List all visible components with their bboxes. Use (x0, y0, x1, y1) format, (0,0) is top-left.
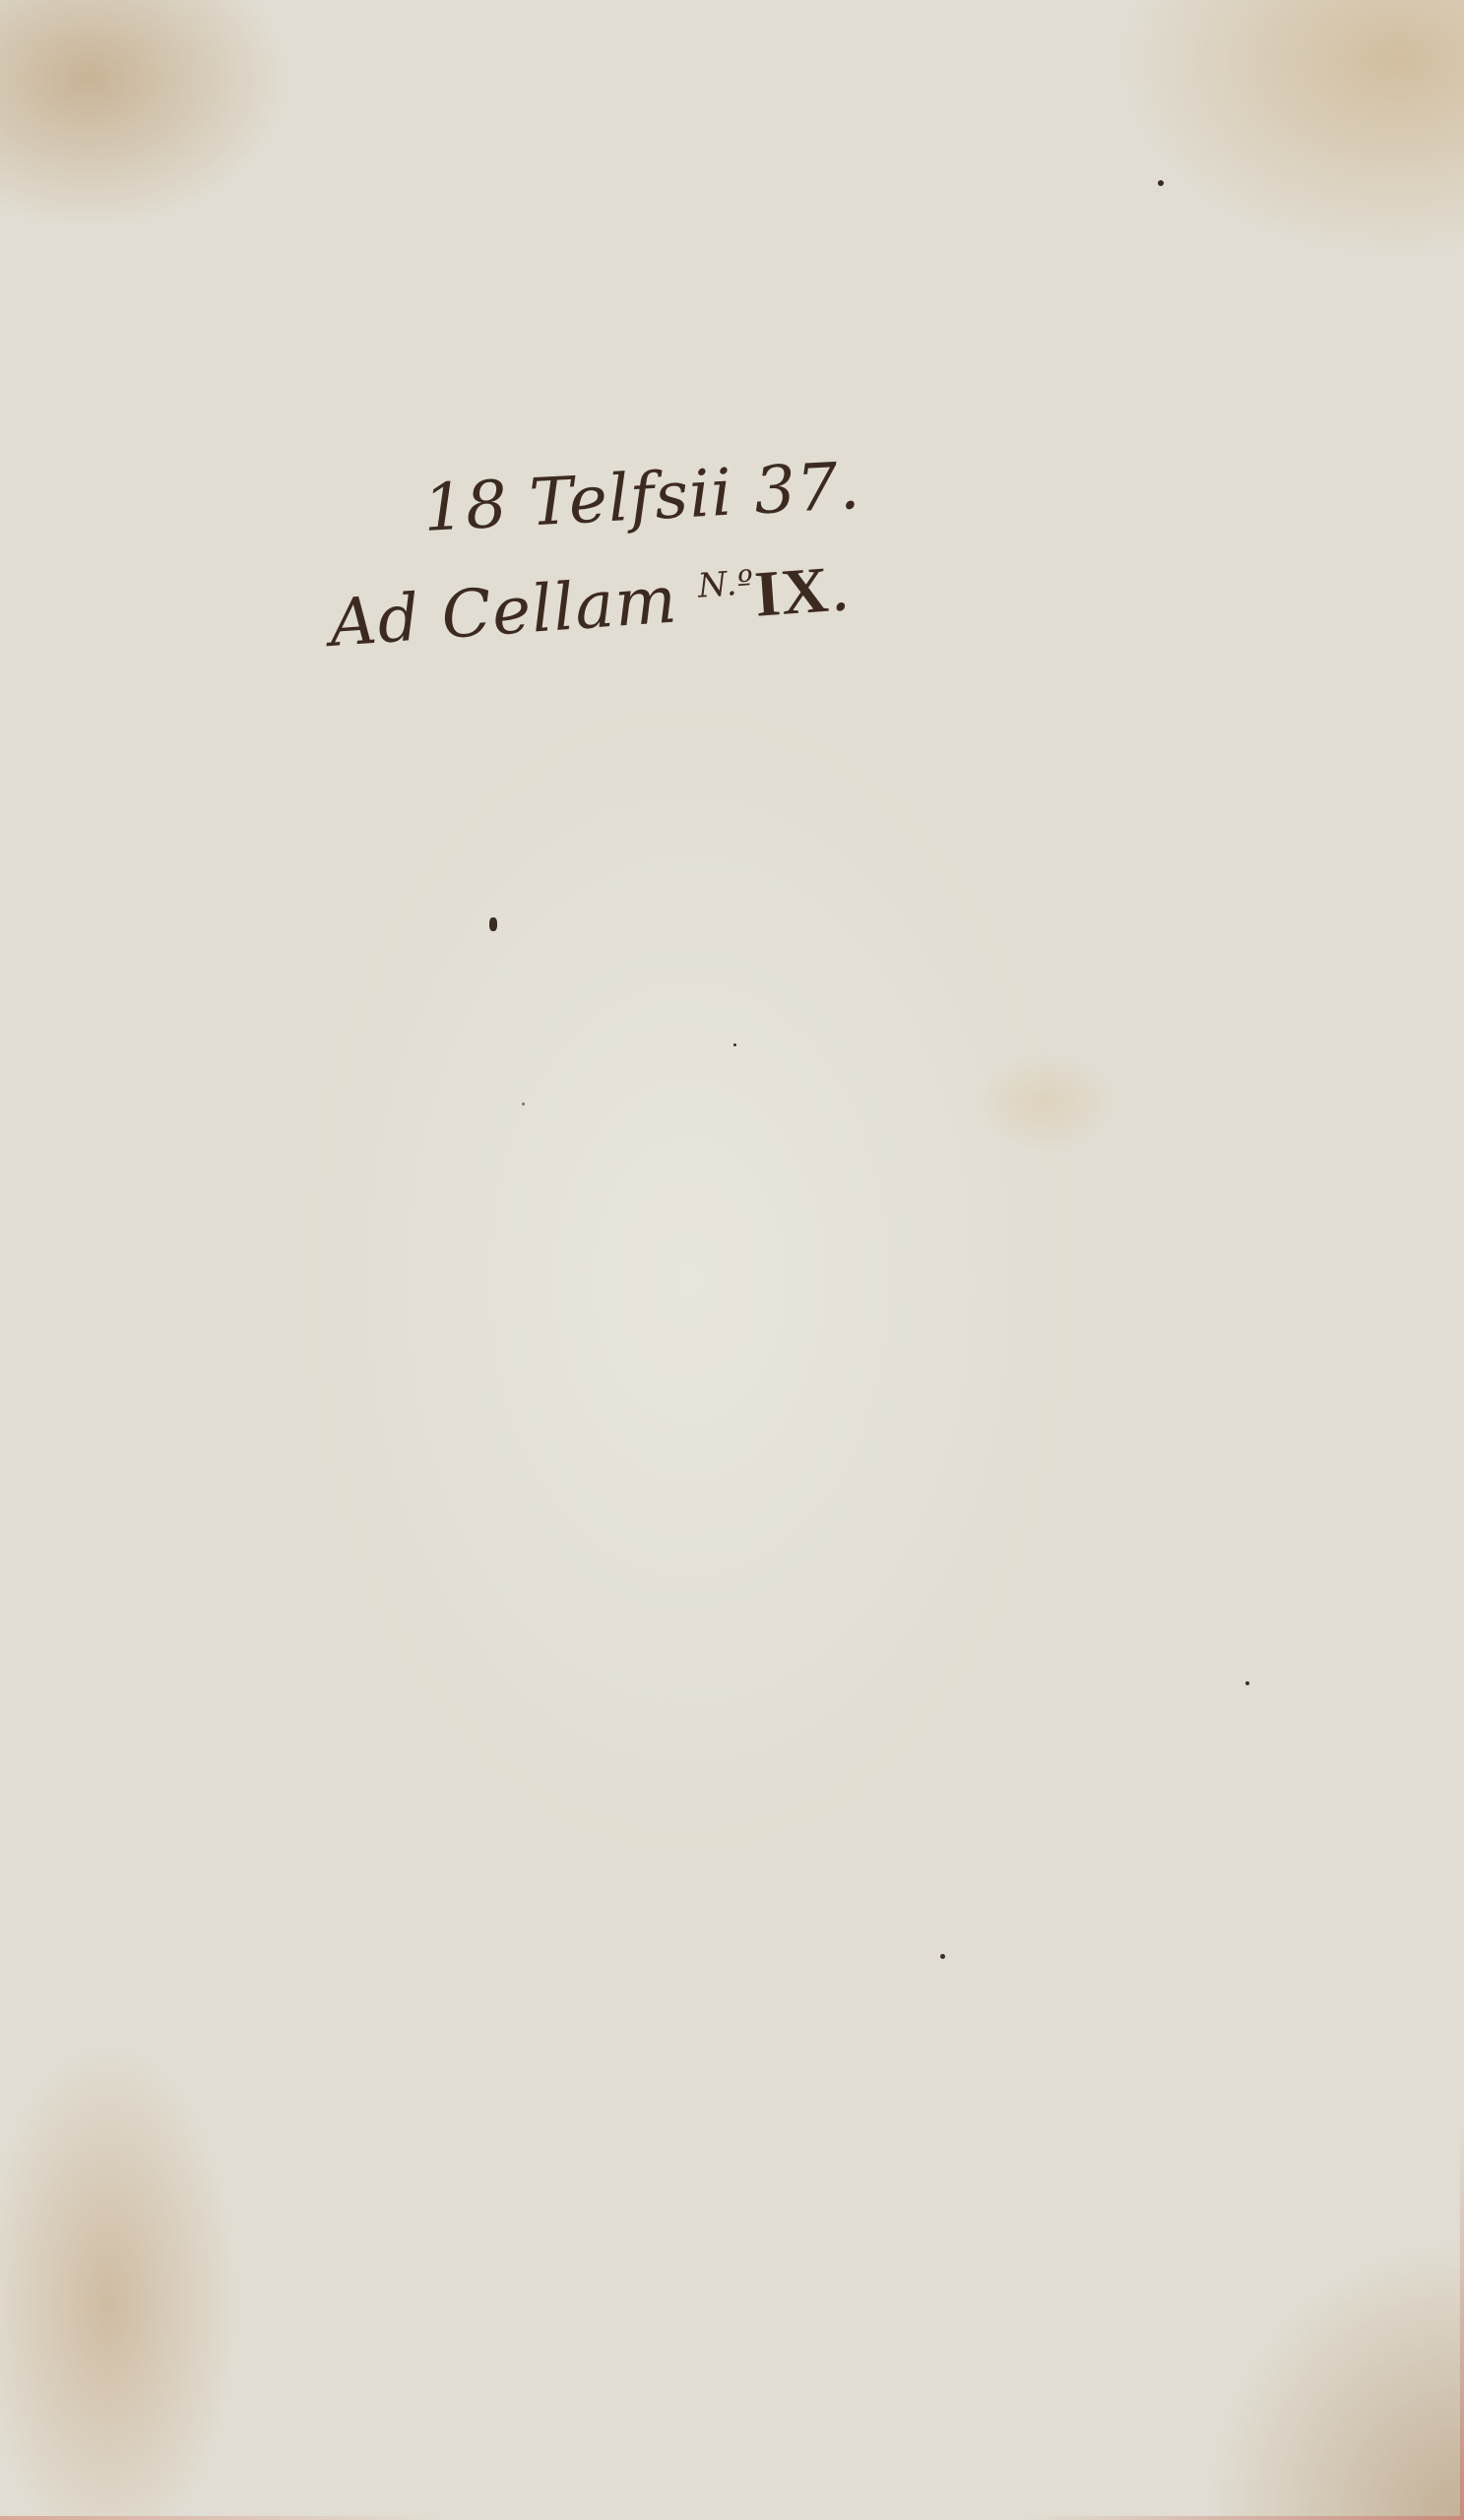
inscription-date-line: 18 Telfsii 37. (421, 448, 862, 546)
manuscript-page: 18 Telfsii 37. Ad Cellam N.ºIX. (0, 0, 1464, 2520)
ink-speck (940, 1954, 945, 1959)
inscription-shelfmark-prefix: Ad Cellam (327, 560, 701, 661)
ink-speck (1158, 180, 1164, 186)
inscription-shelfmark-line: Ad Cellam N.ºIX. (327, 549, 853, 662)
inscription-number-abbrev: N.º (696, 563, 755, 606)
inscription-period: . (826, 549, 853, 626)
ink-speck (489, 917, 497, 931)
ink-speck (733, 1043, 736, 1046)
page-edge-bottom (0, 2516, 1464, 2520)
ink-speck (1245, 1681, 1249, 1685)
inscription-cell-number: IX (752, 554, 831, 631)
page-edge-right (1460, 2126, 1464, 2520)
ink-speck (522, 1102, 525, 1105)
